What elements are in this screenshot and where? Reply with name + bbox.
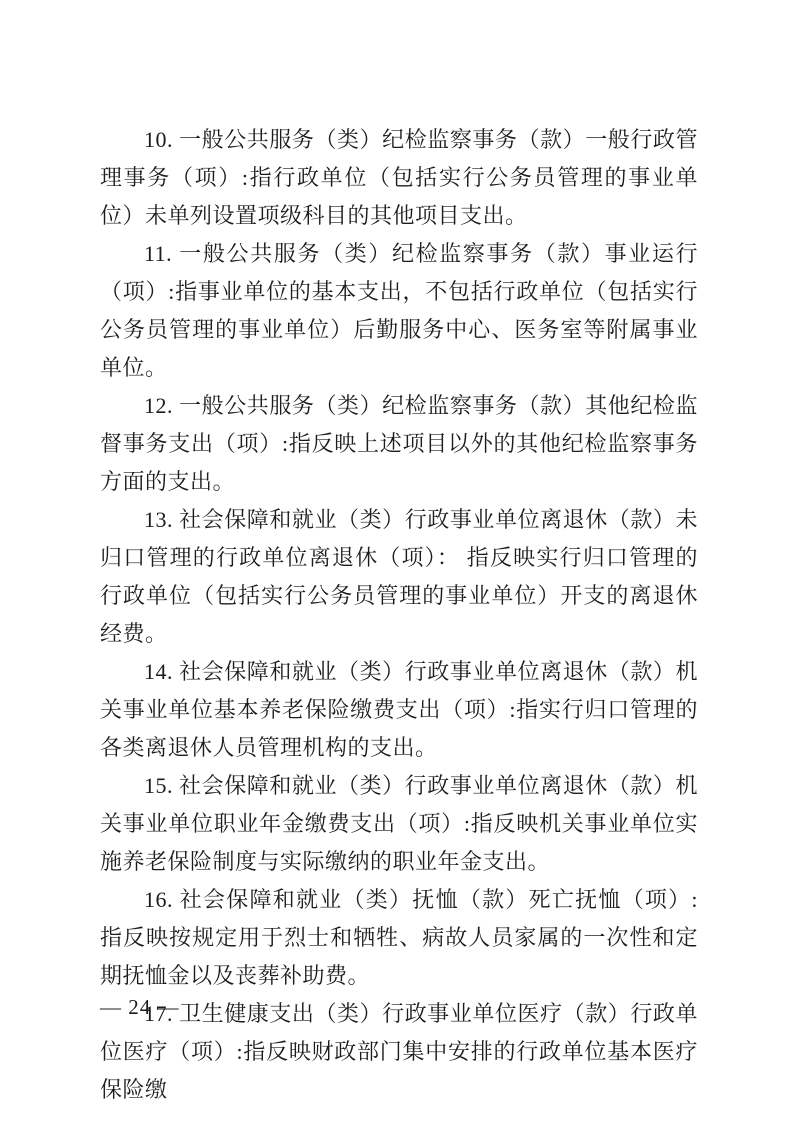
document-page: 10. 一般公共服务（类）纪检监察事务（款）一般行政管理事务（项）:指行政单位（… — [0, 0, 793, 1122]
paragraph-item-16: 16. 社会保障和就业（类）抚恤（款）死亡抚恤（项）:指反映按规定用于烈士和牺牲… — [100, 881, 698, 995]
paragraph-item-12: 12. 一般公共服务（类）纪检监察事务（款）其他纪检监督事务支出（项）:指反映上… — [100, 387, 698, 501]
paragraph-item-17: 17. 卫生健康支出（类）行政事业单位医疗（款）行政单位医疗（项）:指反映财政部… — [100, 995, 698, 1109]
paragraph-item-10: 10. 一般公共服务（类）纪检监察事务（款）一般行政管理事务（项）:指行政单位（… — [100, 121, 698, 235]
document-body: 10. 一般公共服务（类）纪检监察事务（款）一般行政管理事务（项）:指行政单位（… — [100, 121, 698, 1109]
page-number: — 24 — — [100, 992, 180, 1022]
paragraph-item-13: 13. 社会保障和就业（类）行政事业单位离退休（款）未归口管理的行政单位离退休（… — [100, 501, 698, 653]
paragraph-item-15: 15. 社会保障和就业（类）行政事业单位离退休（款）机关事业单位职业年金缴费支出… — [100, 767, 698, 881]
paragraph-item-14: 14. 社会保障和就业（类）行政事业单位离退休（款）机关事业单位基本养老保险缴费… — [100, 653, 698, 767]
paragraph-item-11: 11. 一般公共服务（类）纪检监察事务（款）事业运行（项）:指事业单位的基本支出… — [100, 235, 698, 387]
